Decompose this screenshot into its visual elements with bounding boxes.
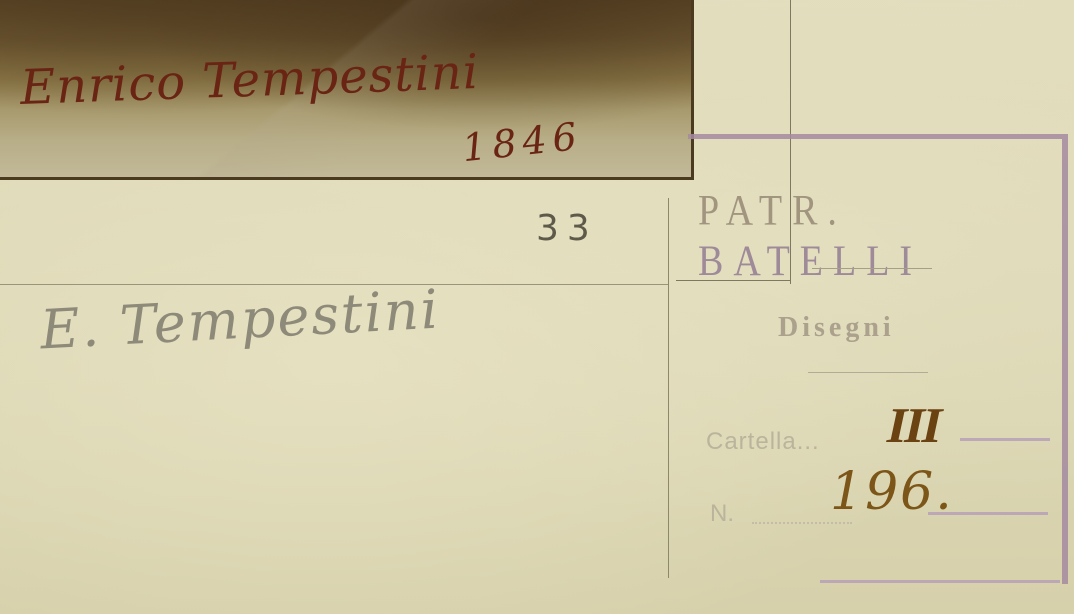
stamp-title: PATR. BATELLI <box>698 185 1074 286</box>
stamp-category: Disegni <box>778 312 895 344</box>
number-label: N. <box>710 500 734 528</box>
stamp-line-number <box>928 512 1048 515</box>
stamp-divider-2 <box>808 372 928 373</box>
watercolor-drawing: Enrico Tempestini 1846 <box>0 0 694 180</box>
stamp-title-part1: PATR. <box>698 187 847 235</box>
cartella-label: Cartella... <box>706 428 820 456</box>
number-dotted-line <box>752 522 852 524</box>
pencil-rule-vertical <box>668 198 669 578</box>
stamp-divider <box>812 268 932 269</box>
artist-signature: Enrico Tempestini <box>19 44 480 116</box>
stamp-line-bottom <box>820 580 1060 583</box>
signature-year: 1846 <box>460 114 585 170</box>
stamp-title-part2: BATELLI <box>698 237 922 285</box>
stamp-line-cartella <box>960 438 1050 441</box>
inventory-number: 33 <box>536 208 598 249</box>
